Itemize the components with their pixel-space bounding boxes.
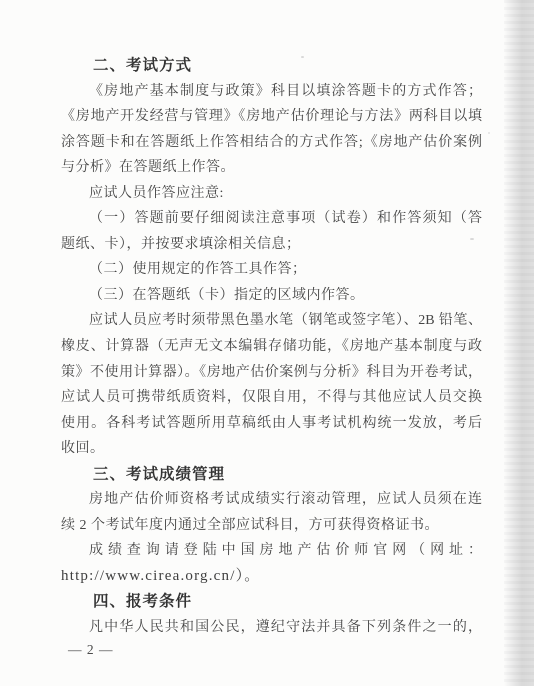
text-line: 使用。各科考试答题所用草稿纸由人事考试机构统一发放，考后 bbox=[61, 411, 482, 437]
text-line: （三）在答题纸（卡）指定的区域内作答。 bbox=[61, 283, 482, 309]
website-url-text: http://www.cirea.org.cn/）。 bbox=[61, 564, 482, 590]
text-line: 收回。 bbox=[61, 436, 482, 462]
scan-speck bbox=[301, 56, 304, 58]
text-line: 应试人员应考时须带黑色墨水笔（钢笔或签字笔）、2B 铅笔、 bbox=[61, 308, 482, 334]
text-line: 策》不使用计算器）。《房地产估价案例与分析》科目为开卷考试， bbox=[61, 360, 482, 386]
text-line: 《房地产开发经营与管理》《房地产估价理论与方法》两科目以填 bbox=[61, 104, 482, 130]
scan-speck bbox=[488, 132, 490, 134]
text-line: 题纸、卡），并按要求填涂相关信息； bbox=[61, 232, 482, 258]
text-line: 续 2 个考试年度内通过全部应试科目，方可获得资格证书。 bbox=[61, 513, 482, 539]
section-heading-score-management: 三、考试成绩管理 bbox=[61, 462, 482, 488]
section-heading-registration-requirements: 四、报考条件 bbox=[61, 589, 482, 615]
text-line: 成绩查询请登陆中国房地产估价师官网（网址： bbox=[61, 538, 482, 564]
page-number: — 2 — bbox=[68, 641, 114, 659]
text-line: 房地产估价师资格考试成绩实行滚动管理，应试人员须在连 bbox=[61, 487, 482, 513]
scan-speck bbox=[470, 238, 474, 240]
text-line: 应试人员可携带纸质资料，仅限自用，不得与其他应试人员交换 bbox=[61, 385, 482, 411]
scanned-document-page: 二、考试方式 《房地产基本制度与政策》科目以填涂答题卡的方式作答； 《房地产开发… bbox=[0, 0, 534, 686]
text-line: 与分析》在答题纸上作答。 bbox=[61, 155, 482, 181]
scan-edge-shadow bbox=[504, 0, 534, 686]
text-line: 涂答题卡和在答题纸上作答相结合的方式作答;《房地产估价案例 bbox=[61, 130, 482, 156]
section-heading-exam-method: 二、考试方式 bbox=[61, 53, 482, 79]
text-line: （一）答题前要仔细阅读注意事项（试卷）和作答须知（答 bbox=[61, 206, 482, 232]
text-line: 凡中华人民共和国公民，遵纪守法并具备下列条件之一的， bbox=[61, 615, 482, 641]
text-line: 橡皮、计算器（无声无文本编辑存储功能，《房地产基本制度与政 bbox=[61, 334, 482, 360]
text-line: （二）使用规定的作答工具作答； bbox=[61, 257, 482, 283]
text-line: 应试人员作答应注意: bbox=[61, 181, 482, 207]
text-line: 《房地产基本制度与政策》科目以填涂答题卡的方式作答； bbox=[61, 79, 482, 105]
document-body: 二、考试方式 《房地产基本制度与政策》科目以填涂答题卡的方式作答； 《房地产开发… bbox=[61, 53, 482, 641]
